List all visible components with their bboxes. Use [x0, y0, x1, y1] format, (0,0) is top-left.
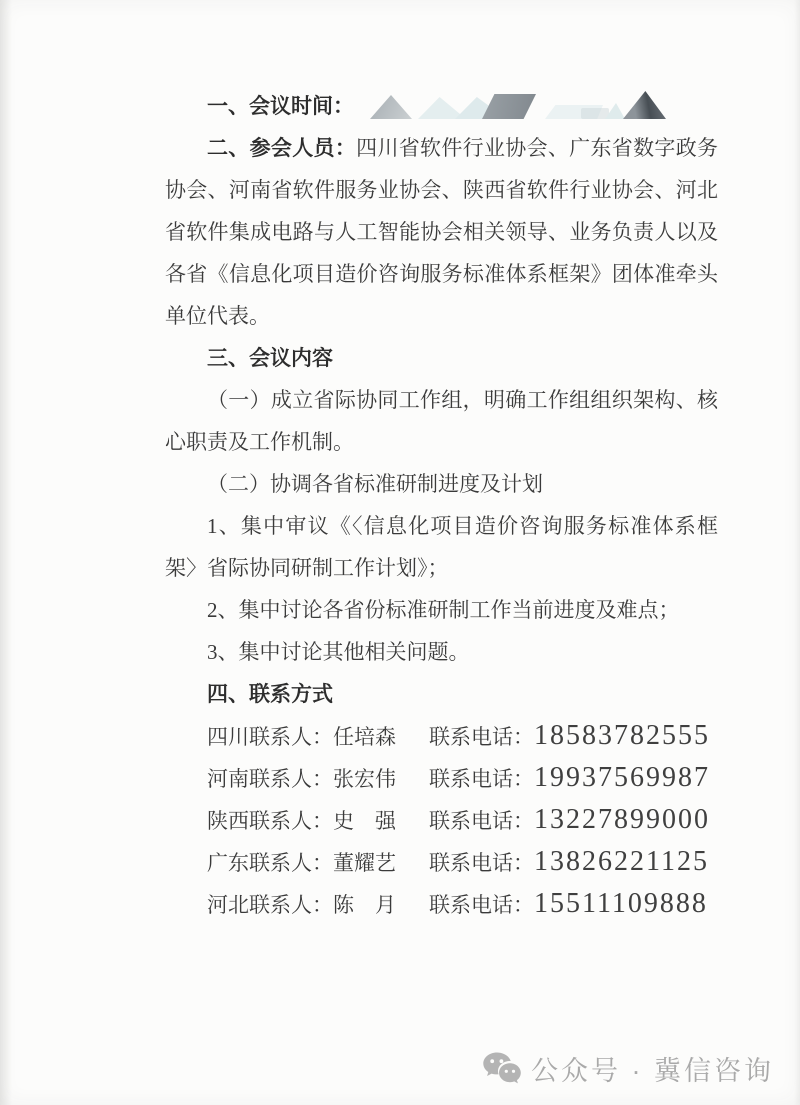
contact-phone-number: 13826221125: [534, 841, 709, 883]
contact-row-sichuan: 四川联系人：任培森联系电话：18583782555: [165, 715, 718, 757]
contact-phone-label: 联系电话：: [429, 716, 534, 758]
contact-phone-number: 19937569987: [534, 757, 710, 799]
agenda-heading: 三、会议内容: [165, 337, 718, 379]
contact-phone-label: 联系电话：: [429, 800, 534, 842]
attendees-line-4: 各省《信息化项目造价咨询服务标准体系框架》团体准牵头: [165, 253, 718, 295]
contact-name: 董耀艺: [333, 842, 429, 884]
agenda-item1-line-1: （一）成立省际协同工作组，明确工作组组织架构、核: [165, 379, 718, 421]
agenda-sub3: 3、集中讨论其他相关问题。: [165, 631, 718, 673]
contact-name: 张宏伟: [333, 758, 429, 800]
contact-row-henan: 河南联系人：张宏伟联系电话：19937569987: [165, 757, 718, 799]
attendees-line-2: 协会、河南省软件服务业协会、陕西省软件行业协会、河北: [165, 169, 718, 211]
agenda-sub1-line-2: 架〉省际协同研制工作计划》；: [165, 547, 718, 589]
agenda-sub2: 2、集中讨论各省份标准研制工作当前进度及难点；: [165, 589, 718, 631]
redaction-triangle-icon: [370, 95, 412, 119]
contact-heading: 四、联系方式: [165, 673, 718, 715]
contact-row-hebei: 河北联系人：陈 月联系电话：15511109888: [165, 883, 718, 925]
document-body: 一、会议时间： 二、参会人员：四川省软件行业协会、广东省数字政务 协会、河南省软…: [165, 85, 718, 925]
contact-row-guangdong: 广东联系人：董耀艺联系电话：13826221125: [165, 841, 718, 883]
contact-region-label: 河北联系人：: [207, 884, 333, 926]
redaction-ghost-mark: [581, 108, 609, 119]
redaction-shapes: [354, 87, 668, 121]
contact-region-label: 四川联系人：: [207, 716, 333, 758]
contact-name: 陈 月: [333, 884, 429, 926]
attendees-line-1: 二、参会人员：四川省软件行业协会、广东省数字政务: [165, 127, 718, 169]
attendees-text: 四川省软件行业协会、广东省数字政务: [356, 136, 718, 160]
contact-phone-label: 联系电话：: [429, 842, 534, 884]
wechat-icon: [481, 1051, 521, 1085]
contact-phone-number: 18583782555: [534, 715, 710, 757]
contact-phone-number: 15511109888: [534, 883, 708, 925]
contact-phone-label: 联系电话：: [429, 884, 534, 926]
attendees-label: 二、参会人员：: [207, 136, 356, 160]
contact-name: 任培森: [333, 716, 429, 758]
contact-region-label: 陕西联系人：: [207, 800, 333, 842]
redaction-parallelogram-icon: [482, 94, 536, 119]
meeting-time-label: 一、会议时间：: [207, 94, 354, 118]
contact-phone-number: 13227899000: [534, 799, 710, 841]
attendees-line-3: 省软件集成电路与人工智能协会相关领导、业务负责人以及: [165, 211, 718, 253]
agenda-item2: （二）协调各省标准研制进度及计划: [165, 463, 718, 505]
contact-region-label: 广东联系人：: [207, 842, 333, 884]
agenda-item1-line-2: 心职责及工作机制。: [165, 421, 718, 463]
watermark: 公众号 · 冀信咨询: [481, 1048, 774, 1088]
agenda-sub1-line-1: 1、集中审议《〈信息化项目造价咨询服务标准体系框: [165, 505, 718, 547]
meeting-time-line: 一、会议时间：: [165, 85, 718, 127]
attendees-line-5: 单位代表。: [165, 295, 718, 337]
redaction-triangle-icon: [623, 91, 666, 119]
contact-phone-label: 联系电话：: [429, 758, 534, 800]
contact-row-shaanxi: 陕西联系人：史 强联系电话：13227899000: [165, 799, 718, 841]
watermark-text: 公众号 · 冀信咨询: [531, 1049, 774, 1088]
contact-name: 史 强: [333, 800, 429, 842]
contact-region-label: 河南联系人：: [207, 758, 333, 800]
document-page: 一、会议时间： 二、参会人员：四川省软件行业协会、广东省数字政务 协会、河南省软…: [0, 0, 800, 1105]
